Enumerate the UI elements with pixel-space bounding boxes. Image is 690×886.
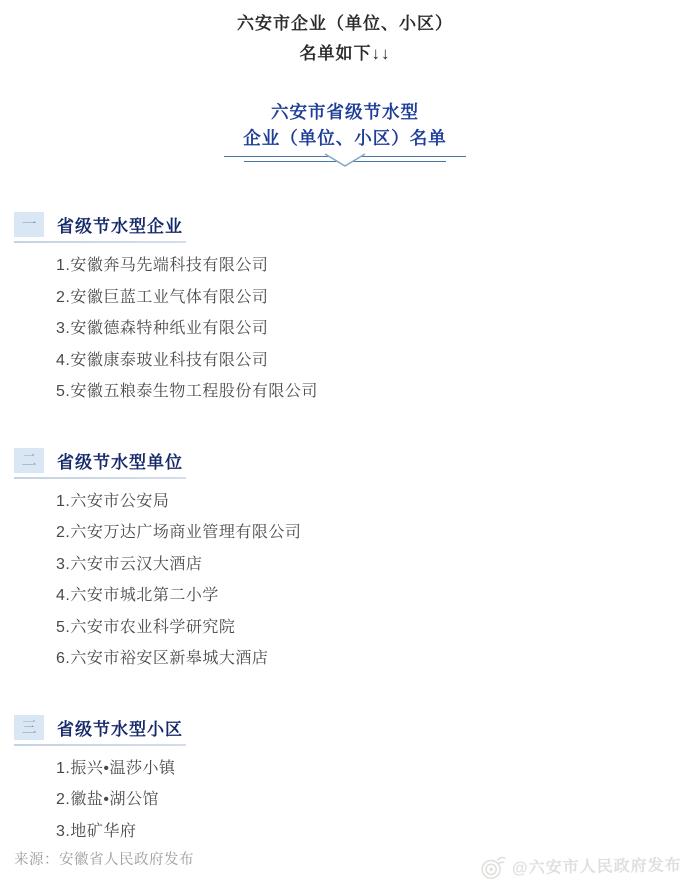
page-title: 六安市企业（单位、小区） 名单如下↓↓ (0, 0, 690, 69)
document-page: 六安市企业（单位、小区） 名单如下↓↓ 六安市省级节水型 企业（单位、小区）名单… (0, 0, 690, 886)
section-marker: 一 (14, 212, 44, 237)
section-marker: 二 (14, 448, 44, 473)
chevron-down-icon (322, 152, 368, 169)
section-units: 二 省级节水型单位 1.六安市公安局 2.六安万达广场商业管理有限公司 3.六安… (14, 448, 690, 675)
banner-underline-decoration (224, 152, 466, 172)
list-item: 3.安徽德森特种纸业有限公司 (56, 313, 690, 345)
list-item: 2.六安万达广场商业管理有限公司 (56, 517, 690, 549)
list-item: 6.六安市裕安区新皋城大酒店 (56, 643, 690, 675)
list-item: 4.安徽康泰玻业科技有限公司 (56, 345, 690, 377)
section-list: 1.振兴•温莎小镇 2.徽盐•湖公馆 3.地矿华府 (14, 753, 690, 848)
section-underline (14, 477, 186, 479)
list-item: 1.六安市公安局 (56, 486, 690, 518)
section-header: 三 省级节水型小区 (14, 715, 690, 740)
section-title: 省级节水型企业 (57, 212, 183, 237)
list-item: 5.安徽五粮泰生物工程股份有限公司 (56, 376, 690, 408)
list-item: 1.振兴•温莎小镇 (56, 753, 690, 785)
section-list: 1.安徽奔马先端科技有限公司 2.安徽巨蓝工业气体有限公司 3.安徽德森特种纸业… (14, 250, 690, 408)
section-underline (14, 744, 186, 746)
list-item: 5.六安市农业科学研究院 (56, 612, 690, 644)
section-title: 省级节水型单位 (57, 448, 183, 473)
section-list: 1.六安市公安局 2.六安万达广场商业管理有限公司 3.六安市云汉大酒店 4.六… (14, 486, 690, 675)
banner-title-line1: 六安市省级节水型 (0, 99, 690, 125)
section-header: 一 省级节水型企业 (14, 212, 690, 237)
section-enterprises: 一 省级节水型企业 1.安徽奔马先端科技有限公司 2.安徽巨蓝工业气体有限公司 … (14, 212, 690, 408)
list-item: 4.六安市城北第二小学 (56, 580, 690, 612)
section-underline (14, 241, 186, 243)
section-communities: 三 省级节水型小区 1.振兴•温莎小镇 2.徽盐•湖公馆 3.地矿华府 (14, 715, 690, 848)
page-title-line2: 名单如下↓↓ (0, 39, 690, 69)
list-item: 3.六安市云汉大酒店 (56, 549, 690, 581)
source-attribution: 来源：安徽省人民政府发布 (14, 848, 194, 869)
weibo-icon (477, 851, 508, 882)
list-item: 3.地矿华府 (56, 816, 690, 848)
list-item: 2.安徽巨蓝工业气体有限公司 (56, 282, 690, 314)
list-item: 1.安徽奔马先端科技有限公司 (56, 250, 690, 282)
section-marker: 三 (14, 715, 44, 740)
banner-title: 六安市省级节水型 企业（单位、小区）名单 (0, 99, 690, 151)
section-header: 二 省级节水型单位 (14, 448, 690, 473)
section-title: 省级节水型小区 (57, 715, 183, 740)
weibo-watermark: @六安市人民政府发布 (477, 848, 682, 882)
list-item: 2.徽盐•湖公馆 (56, 784, 690, 816)
page-title-line1: 六安市企业（单位、小区） (0, 9, 690, 39)
watermark-text: @六安市人民政府发布 (512, 852, 682, 878)
banner-title-line2: 企业（单位、小区）名单 (0, 125, 690, 151)
